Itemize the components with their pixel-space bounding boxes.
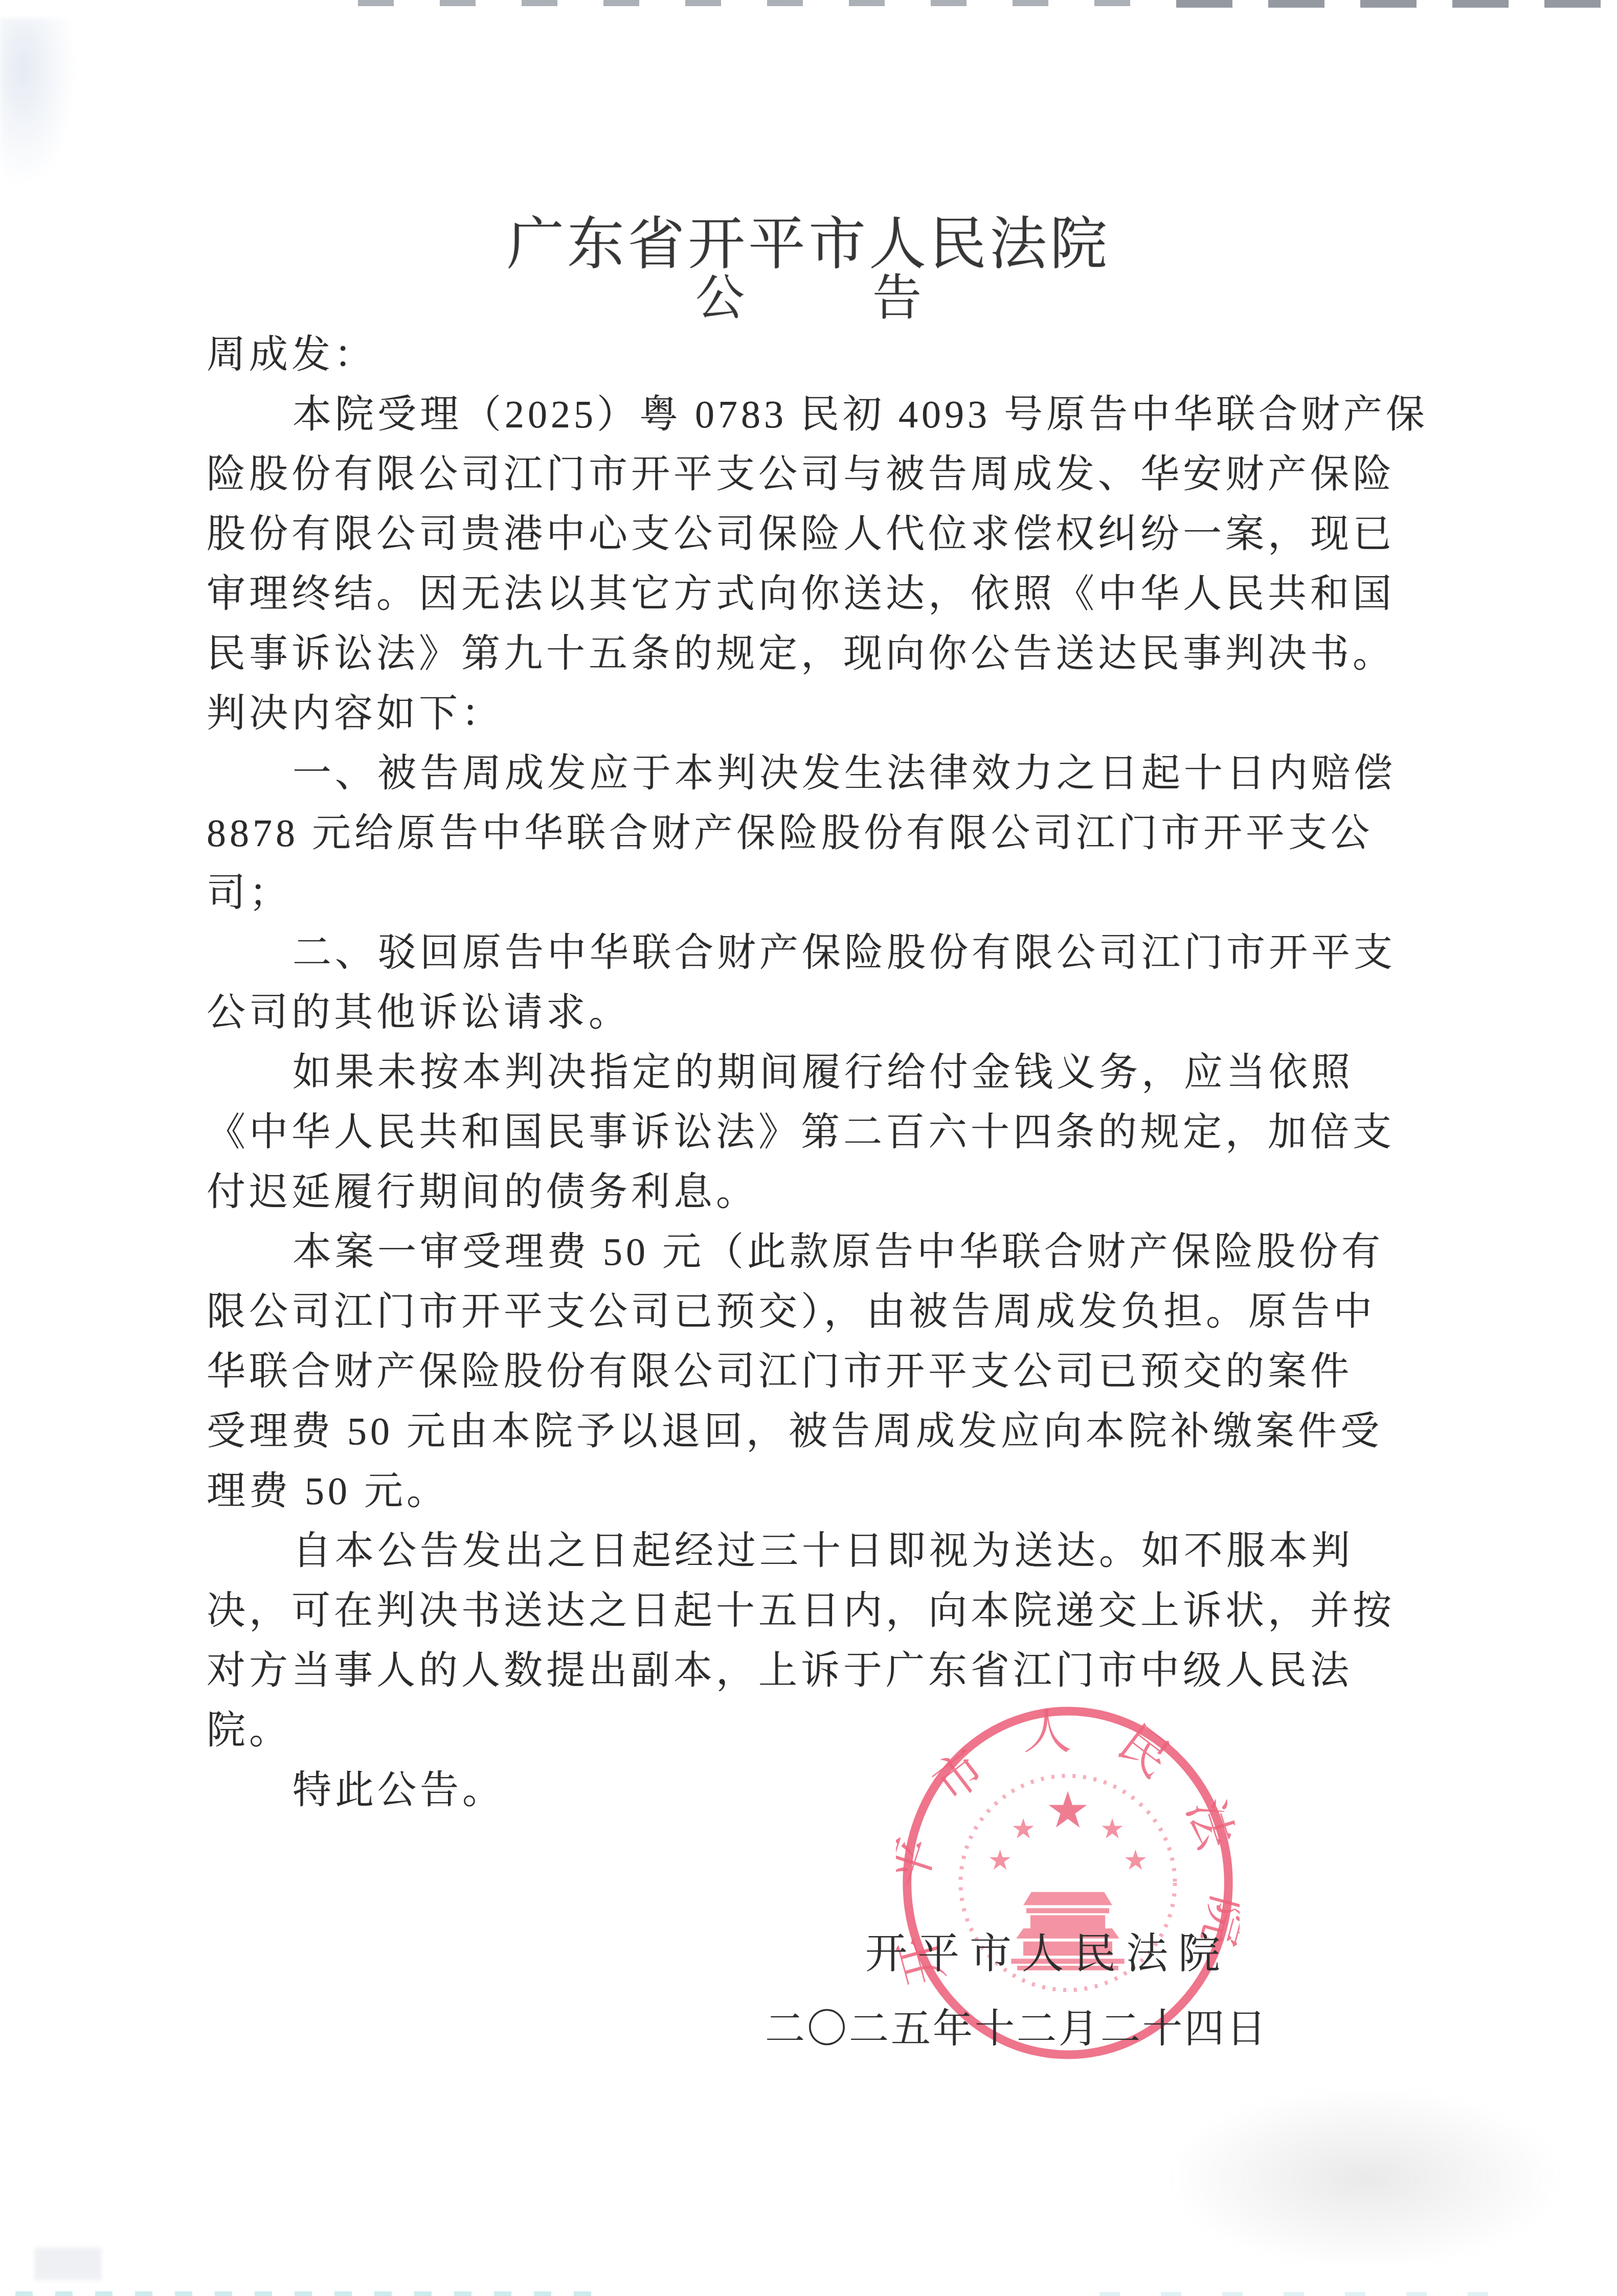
body-line: 8878 元给原告中华联合财产保险股份有限公司江门市开平支公 xyxy=(207,804,1454,863)
body-line: 审理终结。因无法以其它方式向你送达，依照《中华人民共和国 xyxy=(207,564,1454,624)
body-line: 院。 xyxy=(207,1701,1454,1761)
body-line: 决，可在判决书送达之日起十五日内，向本院递交上诉状，并按 xyxy=(207,1581,1454,1641)
body-line: 判决内容如下： xyxy=(207,684,1454,744)
scan-artifact-top-right xyxy=(1176,0,1617,8)
body-line: 公司的其他诉讼请求。 xyxy=(207,983,1454,1043)
body-line: 股份有限公司贵港中心支公司保险人代位求偿权纠纷一案，现已 xyxy=(207,505,1454,564)
body-line: 《中华人民共和国民事诉讼法》第二百六十四条的规定，加倍支 xyxy=(207,1103,1454,1163)
scan-artifact-bottom-left xyxy=(35,2247,101,2280)
body-line: 付迟延履行期间的债务利息。 xyxy=(207,1163,1454,1222)
body-line: 限公司江门市开平支公司已预交），由被告周成发负担。原告中 xyxy=(207,1282,1454,1342)
body-line: 一、被告周成发应于本判决发生法律效力之日起十日内赔偿 xyxy=(207,744,1454,804)
court-announcement-page: 广东省开平市人民法院 公告 周成发：本院受理（2025）粤 0783 民初 40… xyxy=(0,0,1617,2296)
body-line: 特此公告。 xyxy=(207,1761,1454,1821)
body-line: 理费 50 元。 xyxy=(207,1462,1454,1521)
scan-artifact-bottom xyxy=(15,2291,603,2296)
doc-type-heading: 公告 xyxy=(0,259,1617,329)
body-line: 周成发： xyxy=(207,325,1454,385)
body-line: 二、驳回原告中华联合财产保险股份有限公司江门市开平支 xyxy=(207,923,1454,983)
doc-type-char-2: 告 xyxy=(872,270,922,325)
body-line: 司； xyxy=(207,863,1454,923)
signature-court-name: 开平市人民法院 xyxy=(865,1920,1230,1980)
body-line: 民事诉讼法》第九十五条的规定，现向你公告送达民事判决书。 xyxy=(207,624,1454,684)
body-line: 险股份有限公司江门市开平支公司与被告周成发、华安财产保险 xyxy=(207,445,1454,505)
doc-type-char-1: 公 xyxy=(695,270,745,325)
body-line: 本院受理（2025）粤 0783 民初 4093 号原告中华联合财产保 xyxy=(207,385,1454,445)
body-line: 对方当事人的人数提出副本，上诉于广东省江门市中级人民法 xyxy=(207,1641,1454,1701)
body-line: 自本公告发出之日起经过三十日即视为送达。如不服本判 xyxy=(207,1521,1454,1581)
scan-artifact-left-smudge xyxy=(0,18,77,187)
announcement-body: 周成发：本院受理（2025）粤 0783 民初 4093 号原告中华联合财产保险… xyxy=(207,325,1454,1821)
body-line: 本案一审受理费 50 元（此款原告中华联合财产保险股份有 xyxy=(207,1222,1454,1282)
body-line: 如果未按本判决指定的期间履行给付金钱义务，应当依照 xyxy=(207,1043,1454,1103)
scan-shadow-smudge xyxy=(1166,2086,1565,2270)
body-line: 华联合财产保险股份有限公司江门市开平支公司已预交的案件 xyxy=(207,1342,1454,1402)
scan-artifact-bottom-right xyxy=(1099,2292,1509,2296)
issue-date: 二〇二五年十二月二十四日 xyxy=(765,1997,1268,2054)
scan-artifact-top xyxy=(358,0,1176,6)
body-line: 受理费 50 元由本院予以退回，被告周成发应向本院补缴案件受 xyxy=(207,1402,1454,1462)
